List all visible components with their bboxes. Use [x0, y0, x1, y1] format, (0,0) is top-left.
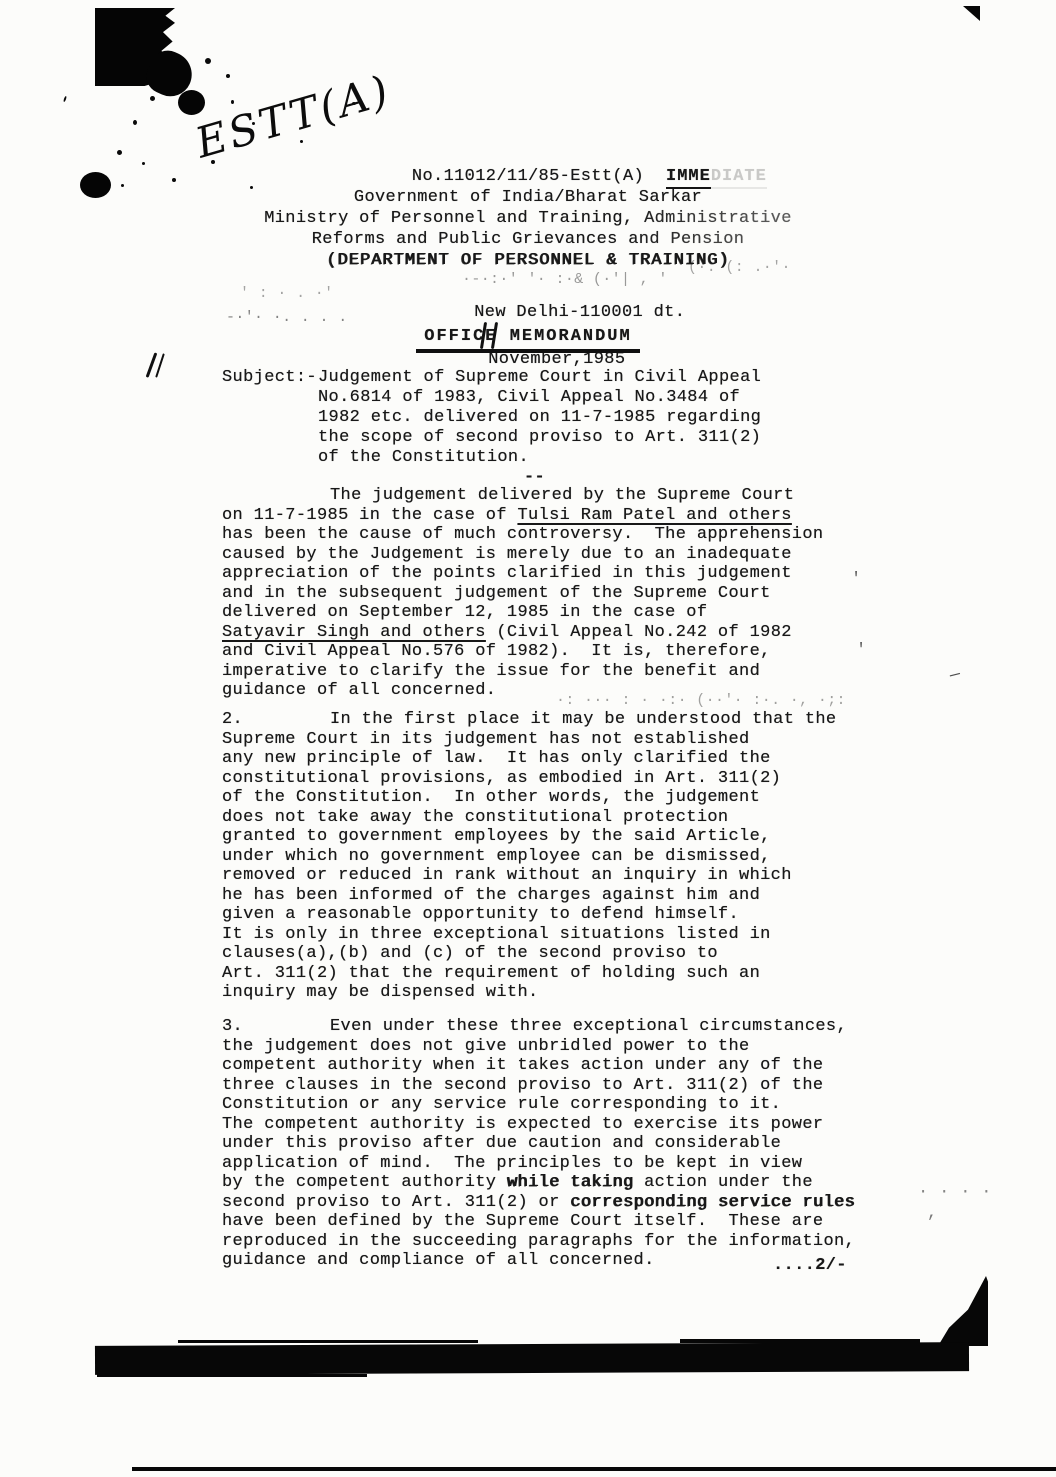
paragraph-line: of the Constitution. In other words, the…: [222, 788, 932, 808]
subject-line: of the Constitution.: [318, 448, 761, 468]
memo-header: No.11012/11/85-Estt(A) Government of Ind…: [128, 166, 928, 271]
scan-smudge: (·. (: .·'·: [688, 259, 791, 276]
subject-line: No.6814 of 1983, Civil Appeal No.3484 of: [318, 388, 761, 408]
paragraph-line: delivered on September 12, 1985 in the c…: [222, 603, 932, 623]
paragraph-line: any new principle of law. It has only cl…: [222, 749, 932, 769]
paragraph-line: competent authority when it takes action…: [222, 1056, 932, 1076]
subject-block: Subject:- Judgement of Supreme Court in …: [222, 368, 761, 468]
paragraph-line: given a reasonable opportunity to defend…: [222, 905, 932, 925]
bottom-scan-line: [132, 1467, 1056, 1471]
scan-smudge: -·'· ·. . . .: [226, 309, 348, 326]
paragraph-line: reproduced in the succeeding paragraphs …: [222, 1232, 932, 1252]
scan-smudge: · · · ·: [918, 1183, 992, 1202]
subject-end-dash: --: [524, 468, 545, 487]
ink-speck: [142, 162, 145, 165]
handwritten-tick-mark: [146, 352, 170, 382]
org-line: Ministry of Personnel and Training, Admi…: [128, 208, 928, 229]
ink-speck: [300, 140, 303, 143]
scan-smudge: ·: ··· : · ·:· (··'· :·. ·, ·;:: [556, 692, 846, 709]
scanned-memo-page: ESTT(A) No.11012/11/85-Estt(A) Governmen…: [0, 0, 1056, 1477]
ink-speck: [205, 58, 211, 64]
org-line: (DEPARTMENT OF PERSONNEL & TRAINING): [128, 250, 928, 271]
handwritten-file-ref: ESTT(A): [190, 65, 396, 167]
paragraph-line: under this proviso after due caution and…: [222, 1134, 932, 1154]
paragraph-line: Even under these three exceptional circu…: [222, 1017, 932, 1037]
ink-dot: [80, 172, 111, 198]
ink-speck: [226, 74, 230, 78]
paragraph-line: appreciation of the points clarified in …: [222, 564, 932, 584]
subject-line: the scope of second proviso to Art. 311(…: [318, 428, 761, 448]
ink-speck: [63, 96, 67, 102]
paragraph-line: granted to government employees by the s…: [222, 827, 932, 847]
paragraph-line: Satyavir Singh and others (Civil Appeal …: [222, 623, 932, 643]
paragraph-line: The judgement delivered by the Supreme C…: [222, 486, 932, 506]
ink-speck: [121, 184, 124, 187]
immediate-stamp: IMMEDIATE: [666, 167, 767, 186]
place-date-prefix: New Delhi-110001 dt.: [474, 303, 685, 322]
scan-bar-fray: [178, 1340, 478, 1343]
org-line: Reforms and Public Grievances and Pensio…: [128, 229, 928, 250]
paragraph-line: Constitution or any service rule corresp…: [222, 1095, 932, 1115]
paragraph-line: Art. 311(2) that the requirement of hold…: [222, 964, 932, 984]
scan-smudge: ' : · . ·': [240, 285, 334, 302]
subject-lines: Judgement of Supreme Court in Civil Appe…: [318, 368, 761, 468]
memo-title-text: OFFICE MEMORANDUM: [416, 327, 639, 353]
paragraph-line: have been defined by the Supreme Court i…: [222, 1212, 932, 1232]
paragraph-1: The judgement delivered by the Supreme C…: [222, 486, 932, 701]
paragraph-3: 3. Even under these three exceptional ci…: [222, 1017, 932, 1271]
subject-line: 1982 etc. delivered on 11-7-1985 regardi…: [318, 408, 761, 428]
paragraph-line: removed or reduced in rank without an in…: [222, 866, 932, 886]
paragraph-line: the judgement does not give unbridled po…: [222, 1037, 932, 1057]
org-lines: Government of India/Bharat SarkarMinistr…: [128, 187, 928, 271]
ink-speck: [231, 100, 234, 104]
paragraph-line: caused by the Judgement is merely due to…: [222, 545, 932, 565]
paragraph-2: 2. In the first place it may be understo…: [222, 710, 932, 1003]
paragraph-line: does not take away the constitutional pr…: [222, 808, 932, 828]
paragraph-number: 3.: [222, 1017, 243, 1036]
corner-mark: [963, 6, 980, 21]
ink-speck: [133, 120, 137, 125]
ink-dot: [178, 90, 205, 115]
paragraph-line: application of mind. The principles to b…: [222, 1154, 932, 1174]
paragraph-line: constitutional provisions, as embodied i…: [222, 769, 932, 789]
reference-number: No.11012/11/85-Estt(A): [128, 166, 928, 187]
org-line: Government of India/Bharat Sarkar: [128, 187, 928, 208]
paragraph-line: and Civil Appeal No.576 of 1982). It is,…: [222, 642, 932, 662]
paragraph-line: It is only in three exceptional situatio…: [222, 925, 932, 945]
scan-smudge: ': [856, 641, 867, 660]
scan-smudge: ': [851, 570, 862, 589]
paragraph-line: three clauses in the second proviso to A…: [222, 1076, 932, 1096]
paragraph-line: by the competent authority while taking …: [222, 1173, 932, 1193]
paragraph-line: has been the cause of much controversy. …: [222, 525, 932, 545]
paragraph-line: The competent authority is expected to e…: [222, 1115, 932, 1135]
ink-speck: [117, 150, 122, 155]
scan-smudge: —: [948, 665, 963, 686]
ink-speck: [150, 96, 155, 101]
paragraph-number: 2.: [222, 710, 243, 729]
scan-bar-fray: [97, 1374, 367, 1377]
scan-smudge: ·-·:·' '· :·& (·'| , ': [462, 271, 668, 288]
paragraph-line: In the first place it may be understood …: [222, 710, 932, 730]
scan-bar-fray: [680, 1339, 920, 1343]
paragraph-line: and in the subsequent judgement of the S…: [222, 584, 932, 604]
scan-bar: [95, 1342, 969, 1375]
paragraph-line: imperative to clarify the issue for the …: [222, 662, 932, 682]
stamp-visible-text: IMME: [666, 167, 711, 189]
memo-title: OFFICE MEMORANDUM: [0, 327, 1056, 353]
paragraph-line: second proviso to Art. 311(2) or corresp…: [222, 1193, 932, 1213]
page-fold-mark: [938, 1276, 988, 1346]
scan-smudge: ,: [927, 1204, 938, 1223]
paragraph-line: on 11-7-1985 in the case of Tulsi Ram Pa…: [222, 506, 932, 526]
paragraph-line: he has been informed of the charges agai…: [222, 886, 932, 906]
paragraph-line: inquiry may be dispensed with.: [222, 983, 932, 1003]
paragraph-line: under which no government employee can b…: [222, 847, 932, 867]
paragraph-line: Supreme Court in its judgement has not e…: [222, 730, 932, 750]
subject-label: Subject:-: [222, 368, 318, 468]
subject-line: Judgement of Supreme Court in Civil Appe…: [318, 368, 761, 388]
paragraph-line: clauses(a),(b) and (c) of the second pro…: [222, 944, 932, 964]
stamp-faded-text: DIATE: [711, 167, 767, 189]
continuation-marker: ....2/-: [773, 1256, 847, 1275]
